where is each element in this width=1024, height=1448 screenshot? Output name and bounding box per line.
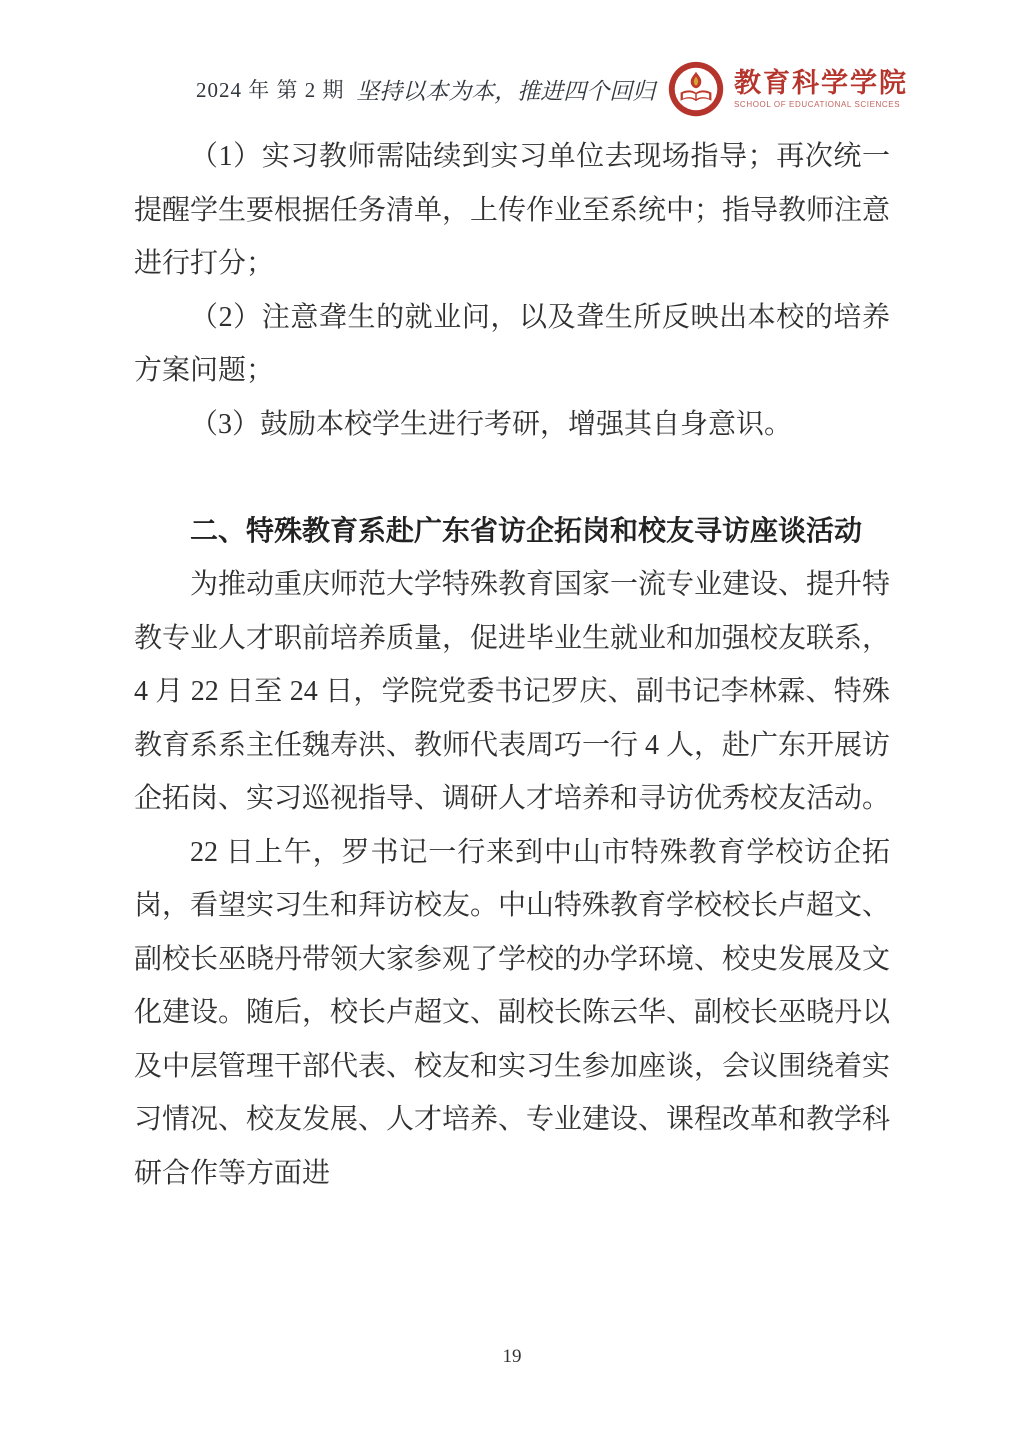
logo-title: 教育科学学院 bbox=[734, 70, 908, 97]
paragraph: （1）实习教师需陆续到实习单位去现场指导；再次统一提醒学生要根据任务清单，上传作… bbox=[134, 130, 890, 291]
paragraph: 为推动重庆师范大学特殊教育国家一流专业建设、提升特教专业人才职前培养质量，促进毕… bbox=[134, 558, 890, 826]
document-body: （1）实习教师需陆续到实习单位去现场指导；再次统一提醒学生要根据任务清单，上传作… bbox=[134, 130, 890, 1200]
issue-label: 2024 年 第 2 期 bbox=[134, 74, 345, 104]
page-number: 19 bbox=[503, 1346, 522, 1367]
paragraph: （3）鼓励本校学生进行考研，增强其自身意识。 bbox=[134, 398, 890, 452]
page-header: 2024 年 第 2 期 坚持以本为本，推进四个回归 教育科学学院 SCHOOL… bbox=[134, 56, 908, 122]
header-slogan: 坚持以本为本，推进四个回归 bbox=[356, 73, 655, 106]
document-page: 2024 年 第 2 期 坚持以本为本，推进四个回归 教育科学学院 SCHOOL… bbox=[0, 0, 1024, 1448]
school-logo: 教育科学学院 SCHOOL OF EDUCATIONAL SCIENCES bbox=[667, 60, 908, 118]
logo-text-block: 教育科学学院 SCHOOL OF EDUCATIONAL SCIENCES bbox=[734, 70, 908, 109]
school-emblem-icon bbox=[667, 60, 725, 118]
paragraph: （2）注意聋生的就业问，以及聋生所反映出本校的培养方案问题； bbox=[134, 291, 890, 398]
logo-subtitle: SCHOOL OF EDUCATIONAL SCIENCES bbox=[734, 101, 908, 109]
page-footer: 19 bbox=[0, 1346, 1024, 1368]
section-heading: 二、特殊教育系赴广东省访企拓岗和校友寻访座谈活动 bbox=[134, 505, 890, 559]
paragraph: 22 日上午，罗书记一行来到中山市特殊教育学校访企拓岗，看望实习生和拜访校友。中… bbox=[134, 826, 890, 1201]
